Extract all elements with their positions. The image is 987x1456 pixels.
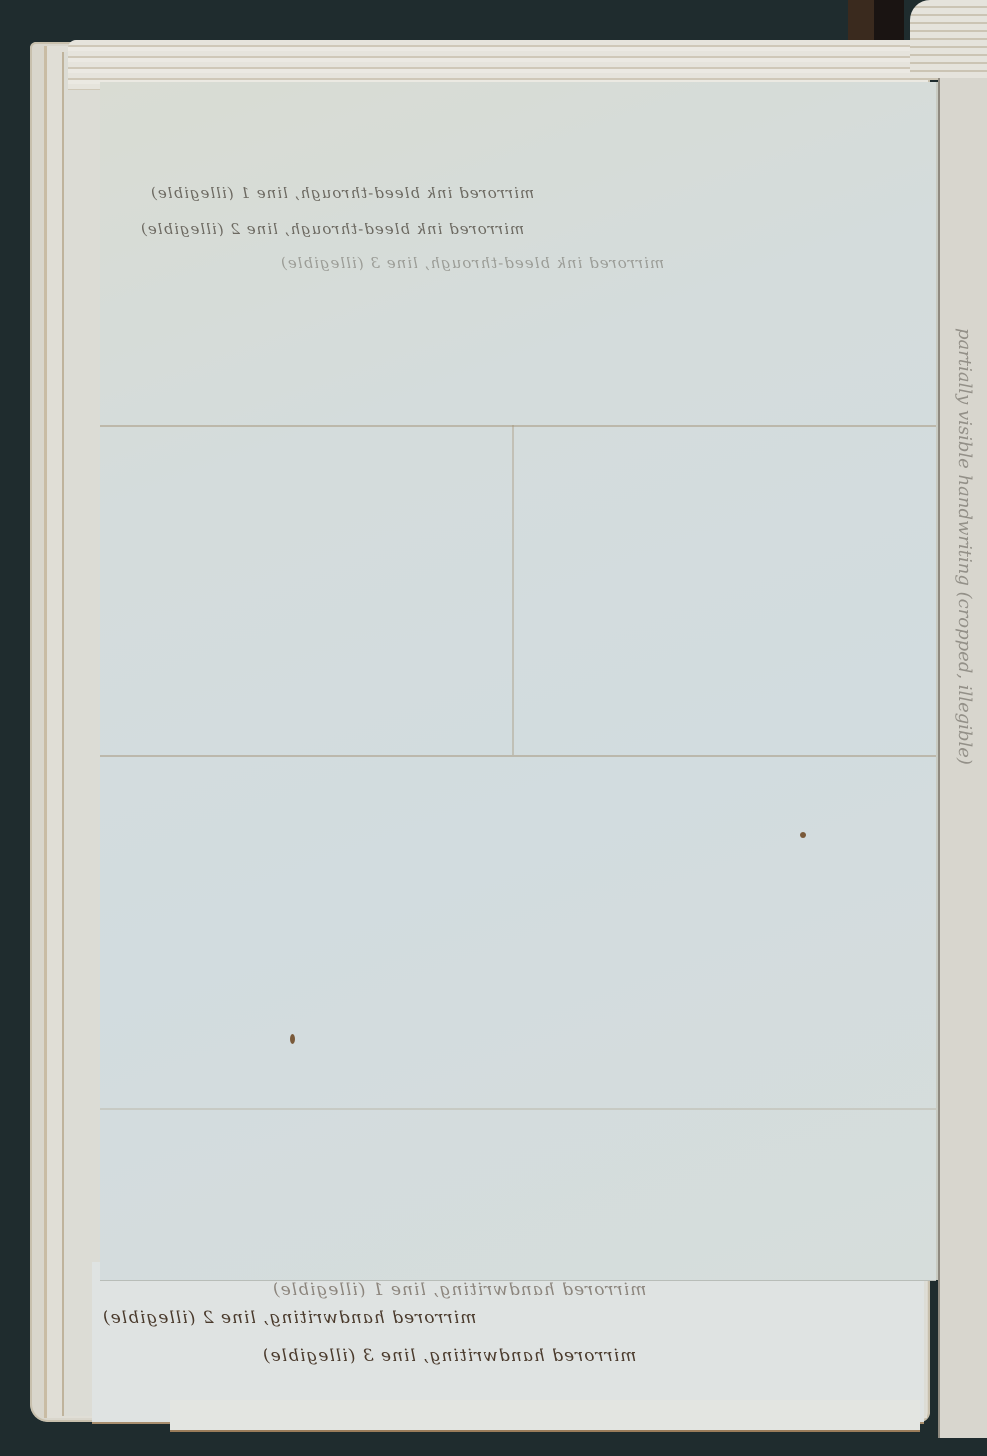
facing-page-stack-top	[910, 0, 987, 80]
lower-sheet-line-2: mirrored handwriting, line 2 (illegible)	[102, 1308, 476, 1328]
fold-line-horizontal-3	[100, 1108, 936, 1110]
bleed-through-line-2: mirrored ink bleed-through, line 2 (ille…	[140, 220, 524, 238]
bleed-through-line-3: mirrored ink bleed-through, line 3 (ille…	[280, 254, 664, 272]
facing-page-text: partially visible handwriting (cropped, …	[954, 328, 975, 765]
bleed-through-line-1: mirrored ink bleed-through, line 1 (ille…	[150, 184, 534, 202]
ink-spot	[800, 832, 806, 838]
lower-sheet-line-3: mirrored handwriting, line 3 (illegible)	[262, 1346, 636, 1366]
ink-mark	[290, 1034, 295, 1044]
lower-sheet-edge	[170, 1400, 920, 1432]
fold-line-horizontal-2	[100, 755, 936, 757]
manuscript-page: mirrored ink bleed-through, line 1 (ille…	[100, 82, 936, 1280]
fold-line-horizontal-1	[100, 425, 936, 427]
facing-page: partially visible handwriting (cropped, …	[938, 78, 987, 1438]
lower-sheet-line-1: mirrored handwriting, line 1 (illegible)	[272, 1280, 646, 1300]
fold-line-vertical	[512, 425, 514, 755]
